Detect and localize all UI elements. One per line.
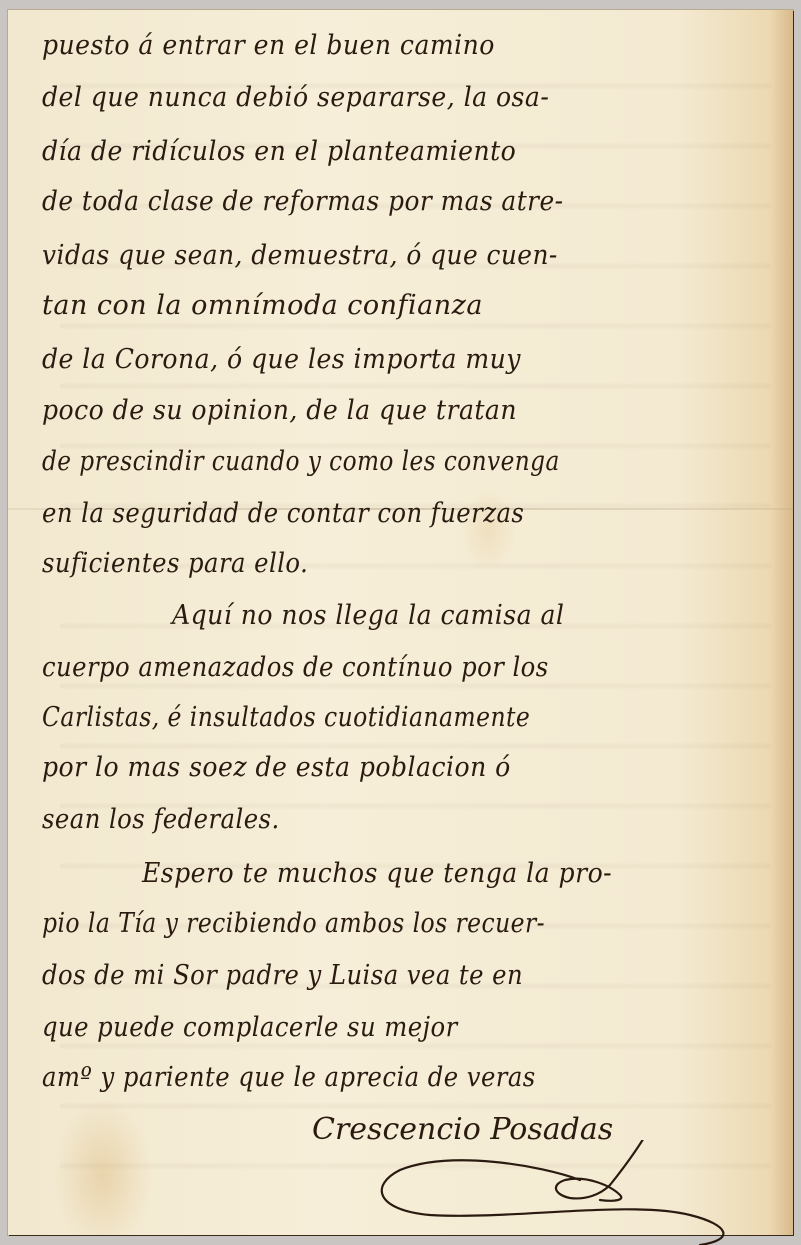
handwritten-line: del que nunca debió separarse, la osa- (42, 82, 549, 113)
signature-flourish-icon (370, 1140, 750, 1245)
handwritten-line: Carlistas, é insultados cuotidianamente (42, 702, 530, 733)
handwritten-line: puesto á entrar en el buen camino (42, 30, 495, 61)
handwritten-line: poco de su opinion, de la que tratan (42, 395, 517, 426)
handwritten-line: suficientes para ello. (42, 548, 308, 579)
handwritten-line: de toda clase de reformas por mas atre- (42, 186, 563, 217)
handwritten-line: por lo mas soez de esta poblacion ó (42, 752, 511, 783)
closing-line: que puede complacerle su mejor (42, 1012, 458, 1043)
handwritten-line: pio la Tía y recibiendo ambos los recuer… (42, 908, 545, 939)
handwritten-line: sean los federales. (42, 804, 280, 835)
handwritten-line: Espero te muchos que tenga la pro- (142, 858, 612, 889)
handwritten-line: Aquí no nos llega la camisa al (172, 600, 564, 631)
handwritten-line: vidas que sean, demuestra, ó que cuen- (42, 240, 558, 271)
handwritten-line: en la seguridad de contar con fuerzas (42, 498, 524, 529)
handwritten-line: de la Corona, ó que les importa muy (42, 344, 521, 375)
handwritten-line: cuerpo amenazados de contínuo por los (42, 652, 549, 683)
handwritten-line: tan con la omnímoda confianza (42, 290, 483, 321)
closing-line: amº y pariente que le aprecia de veras (42, 1062, 536, 1093)
handwritten-line: de prescindir cuando y como les convenga (42, 446, 560, 477)
handwritten-line: dos de mi Sor padre y Luisa vea te en (42, 960, 523, 991)
handwritten-line: día de ridículos en el planteamiento (42, 136, 516, 167)
